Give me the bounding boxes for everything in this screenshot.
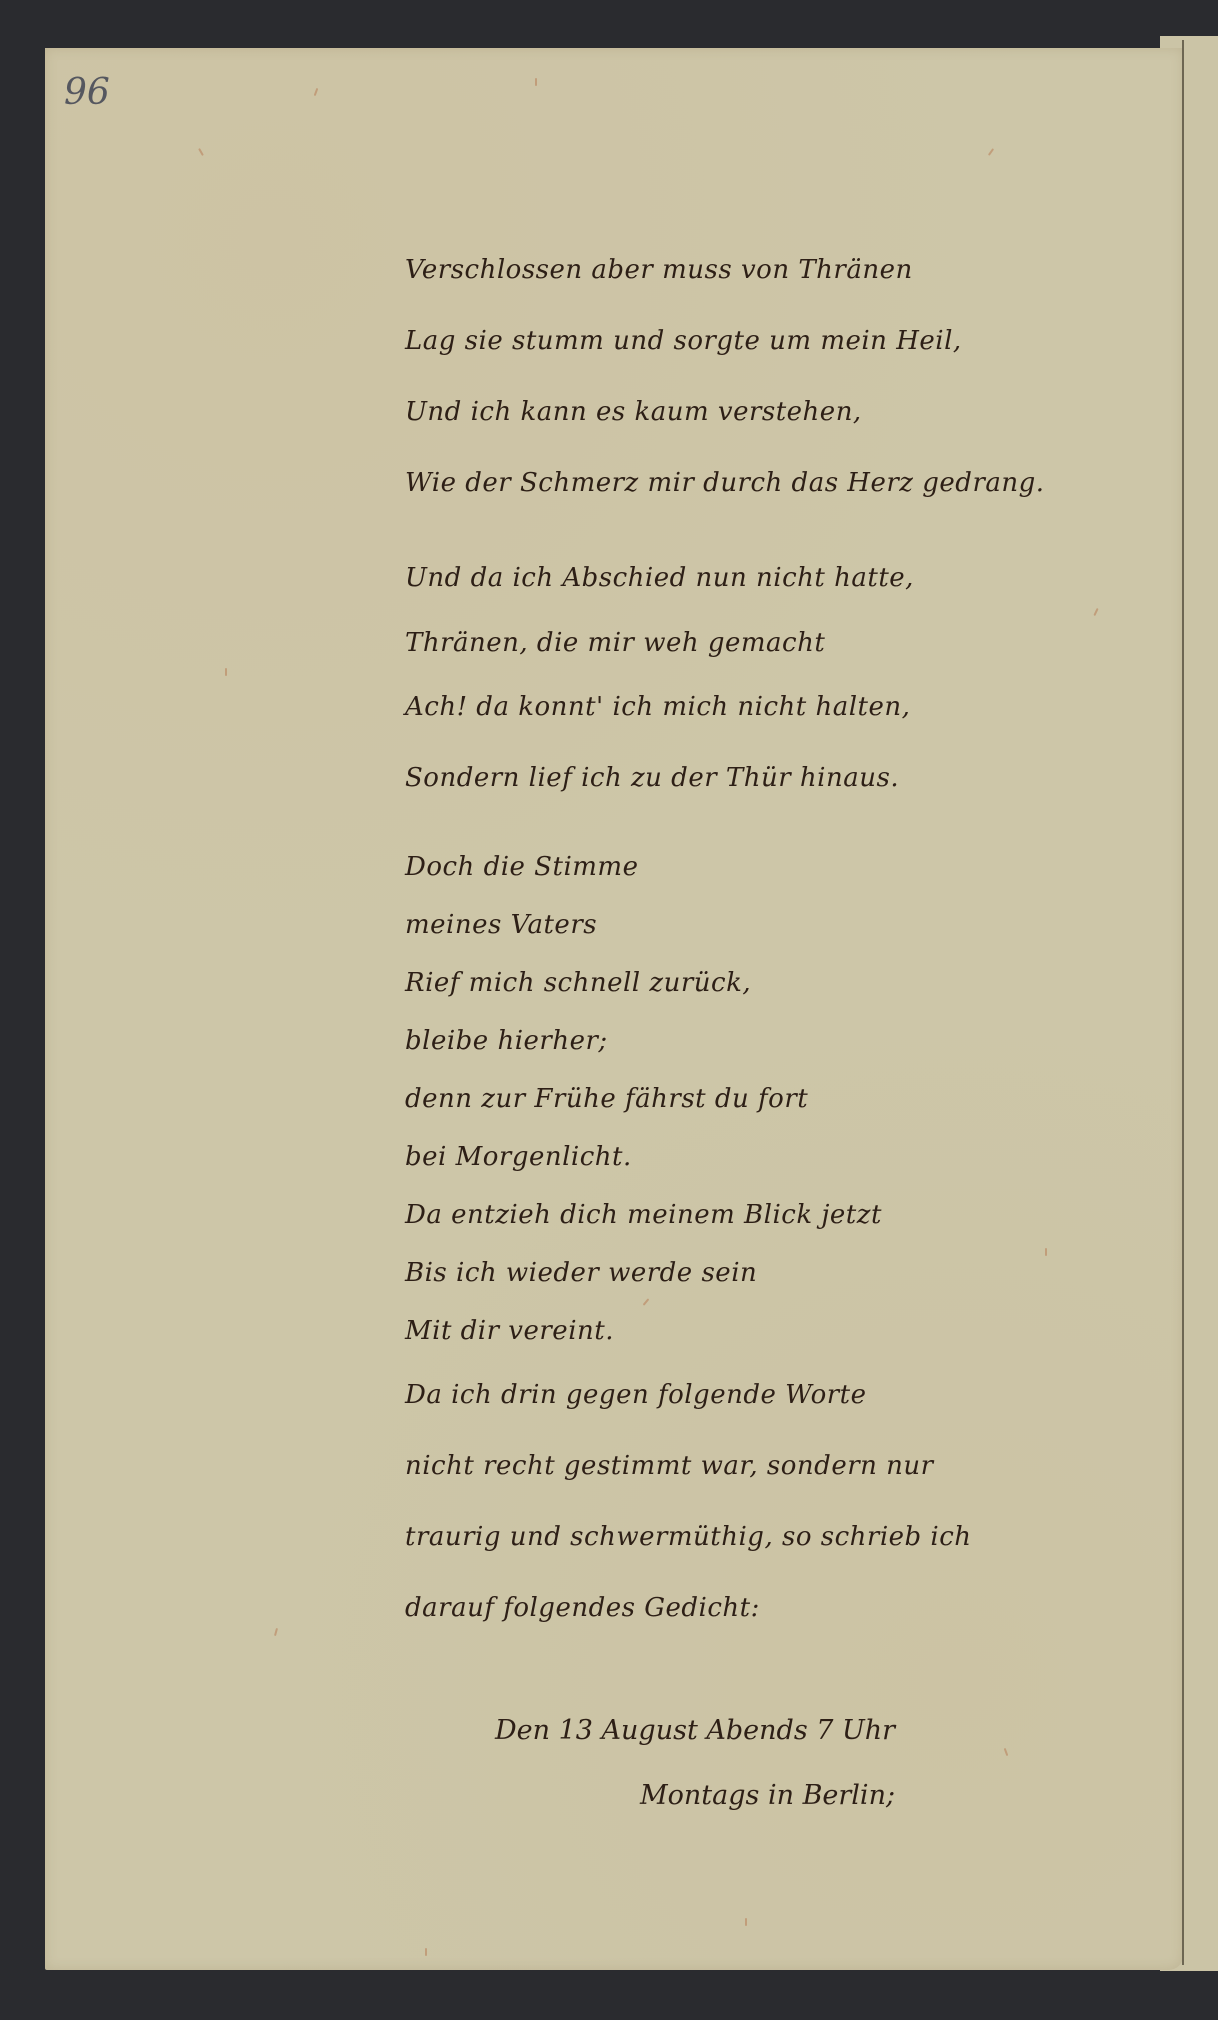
text-line: bei Morgenlicht.	[405, 1128, 1125, 1186]
text-line: Bis ich wieder werde sein	[405, 1244, 1125, 1302]
text-line: Da entzieh dich meinem Blick jetzt	[405, 1186, 1125, 1244]
text-line: meines Vaters	[405, 896, 1125, 954]
text-line: Sondern lief ich zu der Thür hinaus.	[405, 743, 1125, 814]
text-line: darauf folgendes Gedicht:	[405, 1573, 1125, 1644]
text-line: traurig und schwermüthig, so schrieb ich	[405, 1502, 1125, 1573]
text-line: Und da ich Abschied nun nicht hatte,	[405, 543, 1125, 614]
text-line: Mit dir vereint.	[405, 1302, 1125, 1360]
text-line: Lag sie stumm und sorgte um mein Heil,	[405, 306, 1125, 377]
document-viewer: 96 Verschlossen aber muss von Thränen La…	[0, 0, 1218, 2020]
dateline-place: Montags in Berlin;	[640, 1780, 895, 1811]
text-line: bleibe hierher;	[405, 1012, 1125, 1070]
text-line: Rief mich schnell zurück,	[405, 954, 1125, 1012]
text-line: nicht recht gestimmt war, sondern nur	[405, 1431, 1125, 1502]
text-line: Da ich drin gegen folgende Worte	[405, 1360, 1125, 1431]
text-line: Ach! da konnt' ich mich nicht halten,	[405, 672, 1125, 743]
text-line: Doch die Stimme	[405, 838, 1125, 896]
dateline: Den 13 August Abends 7 Uhr Montags in Be…	[495, 1715, 895, 1811]
text-line: Und ich kann es kaum verstehen,	[405, 377, 1125, 448]
text-line: Verschlossen aber muss von Thränen	[405, 235, 1125, 306]
dateline-date: Den 13 August Abends 7 Uhr	[495, 1715, 895, 1746]
manuscript-text: Verschlossen aber muss von Thränen Lag s…	[405, 235, 1125, 1644]
text-line: denn zur Frühe fährst du fort	[405, 1070, 1125, 1128]
text-line: Wie der Schmerz mir durch das Herz gedra…	[405, 448, 1125, 519]
binding-gutter	[1182, 40, 1184, 1965]
text-line: Thränen, die mir weh gemacht	[405, 614, 1125, 672]
folio-number: 96	[64, 72, 110, 113]
